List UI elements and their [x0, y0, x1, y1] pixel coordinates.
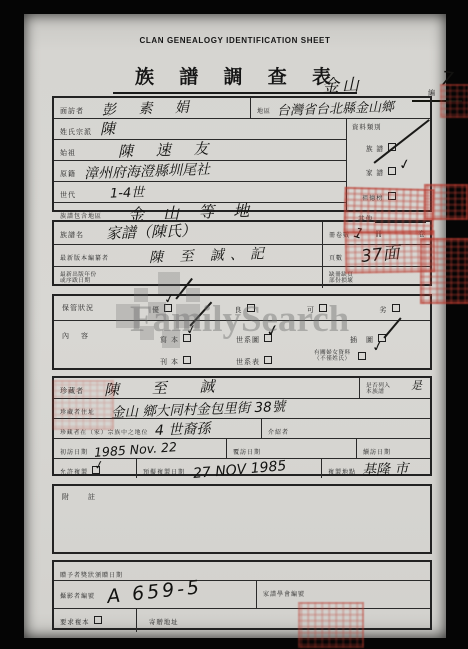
survey-left-column: 姓氏宗派 陳 始祖 陳 速 友 原籍 漳州府海澄縣圳尾社 世代 1-4世 族譜包… [54, 119, 346, 212]
interviewer-value: 彭 素 娟 [102, 100, 198, 117]
copy-permit-label: 允許複製 [60, 470, 88, 476]
missing-cell: 缺冊缺頁 部份損壞 [322, 267, 430, 288]
survey-table: 面訪者 彭 素 娟 地區 台灣省台北縣金山鄉 姓氏宗派 陳 始祖 陳 速 友 原… [52, 96, 432, 212]
poor-checkbox [392, 304, 400, 312]
listed-value: 是 [411, 380, 422, 391]
mail-address-label: 寄贈地址 [149, 619, 179, 626]
follow-visit-cell: 續訪日期 [356, 439, 430, 458]
follow-visit-label: 續訪日期 [363, 450, 391, 456]
sheet-english-header: CLAN GENEALOGY IDENTIFICATION SHEET [24, 36, 446, 45]
generations-cell: 世代 1-4世 [54, 181, 346, 202]
clan-value: 陳 [100, 122, 116, 138]
sheet-title: 族 譜 調 查 表 [24, 62, 446, 94]
photographer-no-cell: 攝影者編號 A 659-5 [54, 581, 256, 608]
category-option-virtue-board: 祖德榜 ✓ [362, 187, 426, 205]
category-header: 資料類別 [352, 122, 426, 131]
copy-date-label: 預擬複製日期 [143, 470, 185, 476]
interviewer-label: 面訪者 [60, 108, 84, 115]
region-label: 地區 [257, 109, 271, 115]
society-no-label: 家譜學會編號 [263, 592, 305, 598]
keeper-position-label: 珍藏者在（家）宗族中之地位 [60, 430, 148, 436]
keeper-table: 珍藏者 陳 至 誠 是否列入 本族譜 是 珍藏者住址 金山 鄉大同村金包里街 3… [52, 376, 432, 476]
scanned-genealogy-sheet: { "artifacts": { "watermark_text": "Fami… [0, 0, 468, 649]
keeper-position-cell: 珍藏者在（家）宗族中之地位 4 世裔孫 [54, 419, 261, 438]
keeper-name-cell: 珍藏者 陳 至 誠 [54, 378, 359, 398]
good-checkbox [247, 304, 255, 312]
award-date-label: 贈予者獎狀頒贈日期 [60, 573, 123, 579]
virtue-board-checkbox [388, 192, 396, 200]
condition-option-fair: 可 [307, 299, 327, 317]
missing-label: 缺冊缺頁 部份損壞 [329, 272, 353, 285]
first-visit-label: 初訪日期 [60, 450, 88, 456]
clan-genealogy-checkbox [388, 143, 396, 151]
volumes-unit-ce: 冊 [375, 229, 383, 239]
region-value: 台灣省台北縣金山鄉 [277, 101, 394, 118]
women-data-checkbox [358, 352, 366, 360]
keeper-address-cell: 珍藏者住址 金山 鄉大同村金包里街 38號 [54, 399, 430, 418]
category-option-family: 家 譜 ✓ [366, 162, 426, 180]
request-copy-cell: 要求複本 ✓ [54, 609, 136, 632]
pub-date-cell: 最新出版年份 或序跋日期 [54, 267, 322, 288]
notes-table: 附 註 [52, 484, 432, 554]
society-no-cell: 家譜學會編號 [256, 581, 430, 608]
genealogy-name-cell: 族譜名 家譜（陳氏） [54, 222, 322, 244]
content-option-pedigree-table: 世系表 [236, 351, 272, 369]
fair-checkbox [319, 304, 327, 312]
origin-label: 原籍 [60, 171, 76, 178]
category-option-clan: 族 譜 ✓ [366, 138, 426, 156]
content-option-manuscript: 寫 本 ✓ [160, 329, 191, 347]
form-paper: CLAN GENEALOGY IDENTIFICATION SHEET 族 譜 … [24, 14, 446, 638]
copy-permit-cell: 允許複製 ✓ [54, 459, 136, 478]
mail-address-cell: 寄贈地址 [136, 609, 430, 632]
origin-value: 漳州府海澄縣圳尾社 [84, 163, 210, 181]
listed-cell: 是否列入 本族譜 是 [359, 378, 430, 398]
ancestor-cell: 始祖 陳 速 友 [54, 139, 346, 160]
copy-date-value: 27 NOV 1985 [193, 459, 287, 481]
pages-label: 頁數 [329, 256, 343, 262]
admin-table: 贈予者獎狀頒贈日期 攝影者編號 A 659-5 家譜學會編號 要求複本 ✓ [52, 560, 432, 630]
ancestor-label: 始祖 [60, 150, 76, 157]
manuscript-checkbox [183, 334, 191, 342]
clan-label: 姓氏宗派 [60, 129, 92, 136]
excellent-checkbox [164, 304, 172, 312]
introducer-cell: 介紹者 [261, 419, 430, 438]
category-column: 資料類別 族 譜 ✓ 家 譜 ✓ 祖德榜 ✓ 其他 [346, 119, 430, 212]
handwritten-place-note: 金山 [322, 77, 363, 95]
volumes-cell: 冊卷數 1 冊 卷 [322, 222, 430, 244]
content-option-printed: 刊 本 [160, 351, 191, 369]
pages-cell: 頁數 37面 [322, 245, 430, 266]
second-visit-label: 覆訪日期 [233, 450, 261, 456]
photographer-no-label: 攝影者編號 [60, 594, 95, 600]
condition-label: 保管狀況 [62, 303, 94, 313]
first-visit-value: 1985 Nov. 22 [94, 441, 178, 459]
pages-value: 37面 [361, 245, 401, 266]
family-genealogy-checkbox [388, 167, 396, 175]
pedigree-chart-checkbox [264, 334, 272, 342]
illustrations-checkbox [378, 334, 386, 342]
volumes-label: 冊卷數 [329, 230, 350, 239]
keeper-position-value: 4 世裔孫 [155, 422, 211, 438]
genealogy-name-label: 族譜名 [60, 232, 84, 239]
request-copy-label: 要求複本 [60, 619, 90, 626]
condition-table: 保管狀況 優 ✓ 良 可 劣 內容 寫 本 [52, 294, 432, 370]
clan-cell: 姓氏宗派 陳 [54, 119, 346, 139]
compiler-cell: 最新版本編纂者 陳 至 誠、記 [54, 245, 322, 266]
copy-permit-checkbox [92, 466, 100, 474]
keeper-address-label: 珍藏者住址 [60, 410, 95, 416]
introducer-label: 介紹者 [268, 430, 289, 436]
checkmark: ✓ [397, 156, 412, 174]
keeper-name-value: 陳 至 誠 [104, 379, 229, 398]
copy-place-value: 基隆 市 [362, 462, 409, 478]
condition-option-excellent: 優 ✓ [152, 299, 172, 317]
pub-date-label: 最新出版年份 或序跋日期 [60, 272, 97, 285]
award-date-cell: 贈予者獎狀頒贈日期 [54, 562, 430, 580]
keeper-name-label: 珍藏者 [60, 388, 84, 395]
photographer-no-value: A 659-5 [107, 578, 204, 607]
content-option-pedigree-chart: 世系圖 ✓ [236, 329, 272, 347]
copy-place-label: 複製地點 [328, 470, 356, 476]
keeper-address-value: 金山 鄉大同村金包里街 38號 [111, 401, 286, 421]
volumes-value: 1 [352, 226, 365, 242]
volumes-unit-juan: 卷 [418, 229, 426, 239]
condition-option-poor: 劣 [379, 299, 399, 317]
generations-label: 世代 [60, 192, 76, 199]
content-label: 內容 [62, 331, 100, 341]
first-visit-cell: 初訪日期 1985 Nov. 22 [54, 439, 226, 458]
notes-label: 附 註 [62, 492, 101, 502]
content-option-women-data: 有關婦女資料 （不僅姓氏） ✓ [314, 347, 366, 365]
ancestor-value: 陳 速 友 [118, 141, 218, 159]
pedigree-table-checkbox [264, 356, 272, 364]
printed-checkbox [183, 356, 191, 364]
request-copy-checkbox [94, 616, 102, 624]
second-visit-cell: 覆訪日期 [226, 439, 356, 458]
region-cell: 地區 台灣省台北縣金山鄉 [250, 98, 430, 118]
origin-cell: 原籍 漳州府海澄縣圳尾社 [54, 160, 346, 181]
generations-value: 1-4世 [110, 186, 145, 200]
copy-date-cell: 預擬複製日期 27 NOV 1985 [136, 459, 321, 478]
compiler-value: 陳 至 誠、記 [149, 247, 270, 265]
listed-label: 是否列入 本族譜 [366, 383, 390, 396]
volume-table: 族譜名 家譜（陳氏） 冊卷數 1 冊 卷 最新版本編纂者 陳 至 誠、記 頁數 … [52, 220, 432, 286]
genealogy-name-value: 家譜（陳氏） [106, 223, 196, 241]
content-option-illustrations: 插 圖 [350, 329, 386, 347]
copy-place-cell: 複製地點 基隆 市 [321, 459, 430, 478]
compiler-label: 最新版本編纂者 [60, 256, 109, 262]
interviewer-cell: 面訪者 彭 素 娟 [54, 98, 250, 118]
handwritten-sheet-no: 7 [440, 69, 455, 89]
condition-option-good: 良 [234, 299, 254, 317]
